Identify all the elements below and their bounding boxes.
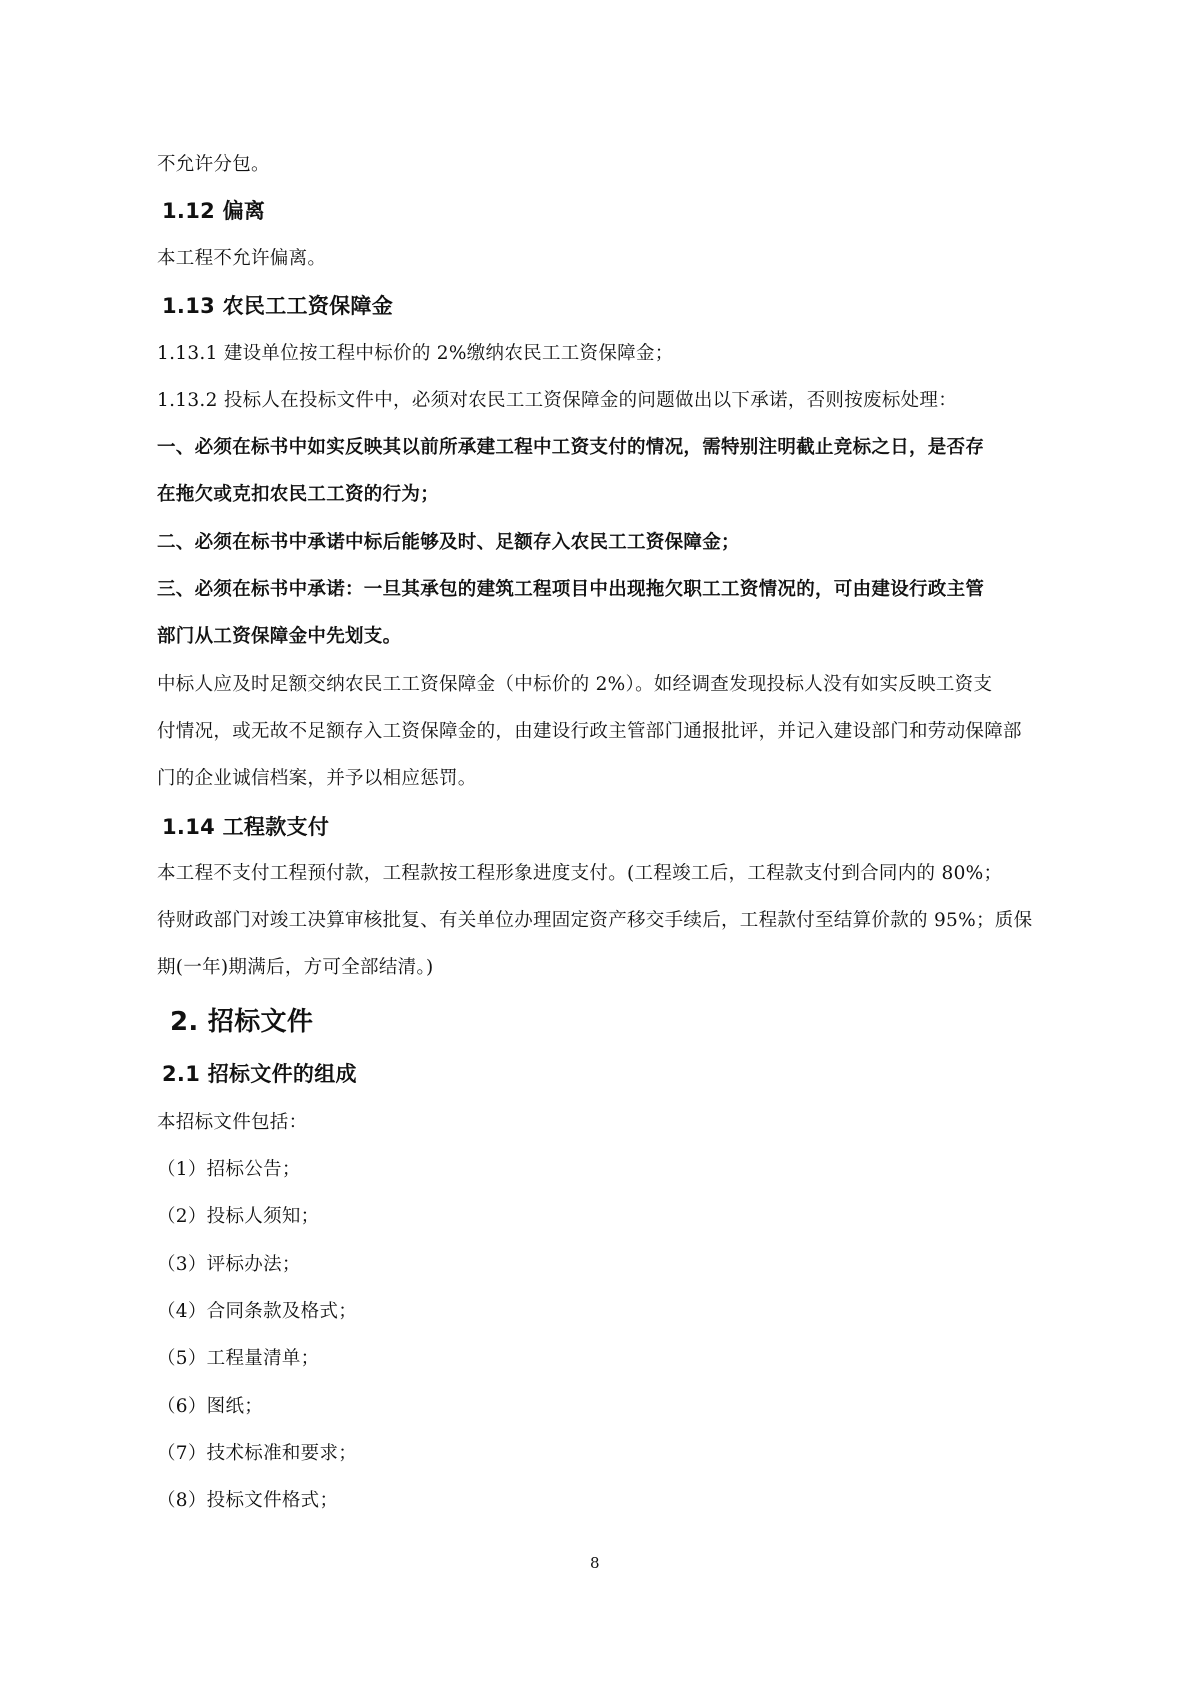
heading-2-1-composition: 2.1 招标文件的组成 — [162, 1062, 1082, 1086]
clause-1-13-2: 1.13.2 投标人在投标文件中，必须对农民工工资保障金的问题做出以下承诺，否则… — [157, 389, 1077, 413]
payment-paragraph-line-2: 待财政部门对竣工决算审核批复、有关单位办理固定资产移交手续后，工程款付至结算价款… — [157, 909, 1077, 933]
commitment-2: 二、必须在标书中承诺中标后能够及时、足额存入农民工工资保障金； — [157, 531, 1077, 555]
payment-paragraph-line-1: 本工程不支付工程预付款，工程款按工程形象进度支付。(工程竣工后，工程款支付到合同… — [157, 862, 1077, 886]
penalty-paragraph-line-3: 门的企业诚信档案，并予以相应惩罚。 — [157, 767, 1077, 791]
commitment-3-line-2: 部门从工资保障金中先划支。 — [157, 625, 1077, 649]
list-item: （4）合同条款及格式； — [157, 1300, 1077, 1324]
list-item: （8）投标文件格式； — [157, 1489, 1077, 1513]
penalty-paragraph-line-2: 付情况，或无故不足额存入工资保障金的，由建设行政主管部门通报批评，并记入建设部门… — [157, 720, 1077, 744]
heading-2-tender-documents: 2. 招标文件 — [170, 1006, 1090, 1038]
list-item: （7）技术标准和要求； — [157, 1442, 1077, 1466]
document-page: 不允许分包。 1.12 偏离 本工程不允许偏离。 1.13 农民工工资保障金 1… — [0, 0, 1191, 1684]
heading-1-12-deviation: 1.12 偏离 — [162, 199, 1082, 223]
commitment-1-line-1: 一、必须在标书中如实反映其以前所承建工程中工资支付的情况，需特别注明截止竞标之日… — [157, 436, 1077, 460]
clause-1-13-1: 1.13.1 建设单位按工程中标价的 2%缴纳农民工工资保障金； — [157, 342, 1077, 366]
heading-1-13-wage-guarantee: 1.13 农民工工资保障金 — [162, 294, 1082, 318]
list-item: （3）评标办法； — [157, 1253, 1077, 1277]
paragraph-includes: 本招标文件包括： — [157, 1111, 1077, 1135]
heading-1-14-payment: 1.14 工程款支付 — [162, 815, 1082, 839]
list-item: （5）工程量清单； — [157, 1347, 1077, 1371]
payment-paragraph-line-3: 期(一年)期满后，方可全部结清。) — [157, 956, 1077, 980]
paragraph-no-deviation: 本工程不允许偏离。 — [157, 247, 1077, 271]
list-item: （1）招标公告； — [157, 1158, 1077, 1182]
page-number: 8 — [590, 1553, 600, 1573]
penalty-paragraph-line-1: 中标人应及时足额交纳农民工工资保障金（中标价的 2%）。如经调查发现投标人没有如… — [157, 673, 1077, 697]
commitment-3-line-1: 三、必须在标书中承诺：一旦其承包的建筑工程项目中出现拖欠职工工资情况的，可由建设… — [157, 578, 1077, 602]
paragraph-no-subcontract: 不允许分包。 — [157, 153, 1077, 177]
commitment-1-line-2: 在拖欠或克扣农民工工资的行为； — [157, 483, 1077, 507]
list-item: （6）图纸； — [157, 1395, 1077, 1419]
list-item: （2）投标人须知； — [157, 1205, 1077, 1229]
